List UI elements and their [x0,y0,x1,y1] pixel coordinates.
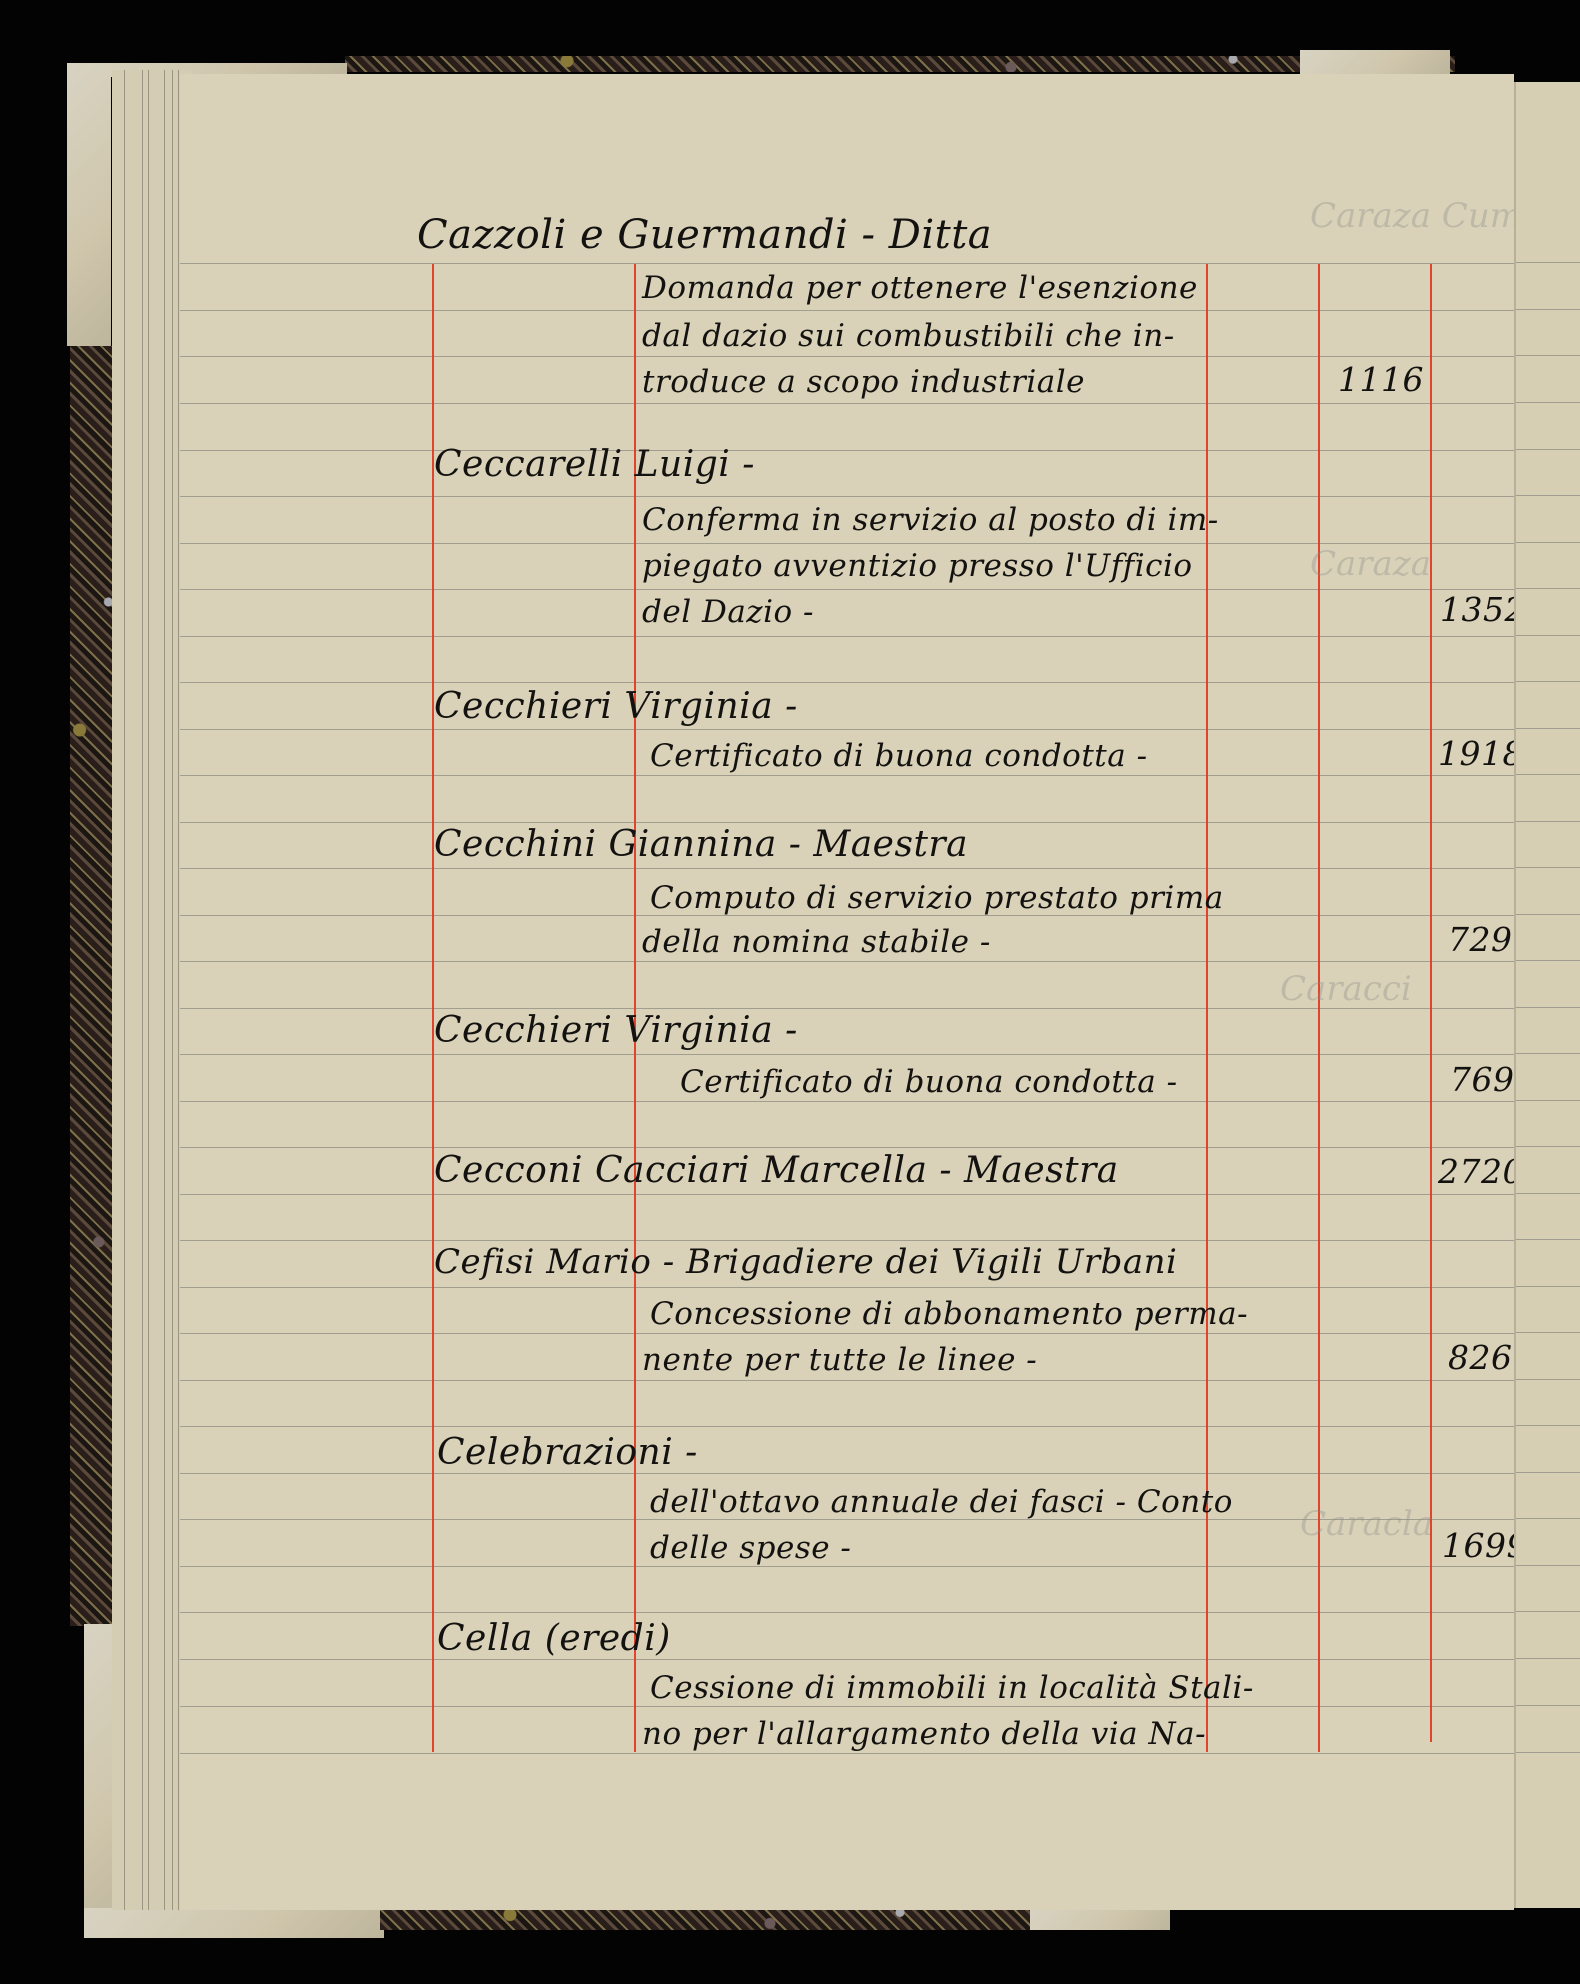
left-marbled-board [70,346,118,1626]
bottom-right-vellum-corner [1030,1908,1170,1930]
entry-subject-line: no per l'allargamento della via Na- [642,1716,1206,1752]
entry-subject-line: Domanda per ottenere l'esenzione [642,270,1198,306]
entry-subject-line: del Dazio - [642,594,814,630]
ledger-page: Caraza Cum Caraza Caracci Caracla Cazzol… [180,74,1514,1910]
entry-subject-line: delle spese - [650,1530,851,1566]
entry-name: Cecchieri Virginia - [434,686,798,727]
top-marbled-board [345,56,1455,72]
entry-subject-line: dal dazio sui combustibili che in- [642,318,1175,354]
entry-subject-line: Concessione di abbonamento perma- [650,1296,1248,1332]
facing-page-edge [1514,82,1580,1908]
entry-subject-line: piegato avventizio presso l'Ufficio [642,548,1193,584]
entry-name: Cazzoli e Guermandi - Ditta [417,212,992,258]
column-rule [1206,264,1208,1752]
entry-subject-line: troduce a scopo industriale [642,364,1085,400]
entry-subject-line: Certificato di buona condotta - [650,738,1148,774]
entry-name: Cefisi Mario - Brigadiere dei Vigili Urb… [434,1242,1177,1282]
top-right-vellum-corner [1300,50,1450,74]
entry-number: 1918 [1438,734,1524,773]
entry-subject-line: Conferma in servizio al posto di im- [642,502,1219,538]
entry-subject-line: della nomina stabile - [642,924,991,960]
bleed-through-text: Caracci [1280,969,1412,1009]
left-vellum-corner [67,63,111,346]
bleed-through-text: Caraza [1310,544,1431,584]
column-rule [634,264,636,1752]
entry-name: Cecchini Giannina - Maestra [434,824,968,865]
entry-subject-line: nente per tutte le linee - [642,1342,1037,1378]
entry-name: Celebrazioni - [437,1432,698,1473]
entry-number: 1116 [1338,360,1424,399]
bleed-through-text: Caraza Cum [1310,196,1522,236]
entry-name: Ceccarelli Luigi - [434,444,755,485]
entry-name: Cella (eredi) [437,1618,671,1659]
entry-number: 826 [1448,1338,1513,1377]
column-rule [432,264,434,1752]
entry-subject-line: Computo di servizio prestato prima [650,880,1224,916]
entry-name: Cecchieri Virginia - [434,1010,798,1051]
entry-subject-line: dell'ottavo annuale dei fasci - Conto [650,1484,1233,1520]
entry-subject-line: Cessione di immobili in località Stali- [650,1670,1254,1706]
bleed-through-text: Caracla [1300,1504,1433,1544]
entry-name: Cecconi Cacciari Marcella - Maestra [434,1150,1119,1191]
entry-number: 2720 [1438,1152,1524,1191]
entry-number: 769 [1450,1060,1515,1099]
bottom-marbled-board [380,1908,1030,1930]
bottom-vellum-strip [84,1908,384,1938]
entry-number: 729 [1448,920,1513,959]
entry-subject-line: Certificato di buona condotta - [680,1064,1178,1100]
